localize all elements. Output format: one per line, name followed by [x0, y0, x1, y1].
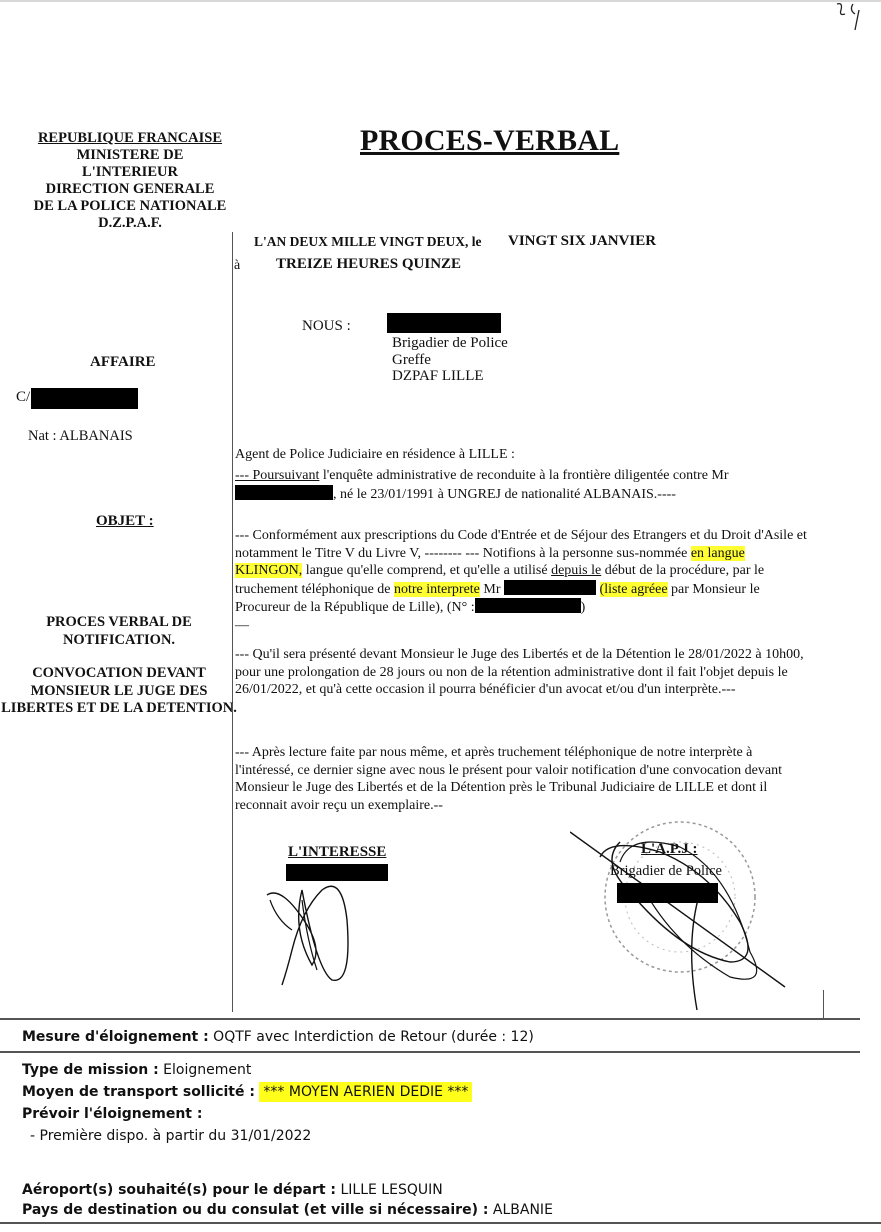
redacted-subject-name: [235, 485, 333, 500]
mesure-value: OQTF avec Interdiction de Retour (durée …: [209, 1029, 534, 1045]
prevoir-row: Prévoir l'éloignement :: [22, 1106, 202, 1122]
pursuit-text: l'enquête administrative de reconduite à…: [319, 468, 728, 483]
mesure-label: Mesure d'éloignement :: [22, 1029, 209, 1045]
nous-label: NOUS :: [302, 318, 351, 335]
footer-separator: [0, 1222, 881, 1224]
date-prefix: L'AN DEUX MILLE VINGT DEUX, le: [254, 234, 482, 250]
transport-label: Moyen de transport sollicité :: [22, 1084, 255, 1100]
stamp-border-line: [823, 990, 824, 1018]
highlight-interpreter: notre interprete: [394, 582, 480, 597]
interesse-label: L'INTERESSE: [288, 844, 386, 861]
issuing-authority: REPUBLIQUE FRANCAISE MINISTERE DE L'INTE…: [0, 130, 260, 232]
time-prefix: à: [234, 258, 240, 274]
type-value: Eloignement: [159, 1062, 252, 1078]
officer-details: Brigadier de Police Greffe DZPAF LILLE: [392, 335, 508, 385]
notification-end: —: [235, 617, 810, 635]
officer-rank: Brigadier de Police: [392, 335, 508, 352]
objet-label: OBJET :: [96, 513, 154, 530]
prevoir-label: Prévoir l'éloignement :: [22, 1106, 202, 1122]
authority-line: D.Z.P.A.F.: [0, 215, 260, 232]
highlight-approved-list: (liste agréee: [600, 582, 668, 597]
apj-role: Brigadier de Police: [610, 863, 722, 880]
pursuit-lead: --- Poursuivant: [235, 468, 319, 483]
officer-unit: DZPAF LILLE: [392, 368, 508, 385]
paragraph-acknowledgement: --- Après lecture faite par nous même, e…: [235, 744, 810, 814]
affaire-label: AFFAIRE: [90, 354, 156, 371]
notification-text: depuis le: [551, 563, 601, 578]
objet-subtitle: CONVOCATION DEVANT MONSIEUR LE JUGE DES …: [0, 665, 238, 718]
type-row: Type de mission : Eloignement: [22, 1062, 251, 1078]
redacted-apj-name: [617, 883, 718, 903]
pays-label: Pays de destination ou du consulat (et v…: [22, 1202, 488, 1218]
paragraph-pursuit: --- Poursuivant l'enquête administrative…: [235, 467, 810, 503]
redacted-interpreter-number: [475, 598, 581, 613]
notification-text: Mr: [480, 582, 501, 597]
authority-line: DE LA POLICE NATIONALE: [0, 198, 260, 215]
objet-title: PROCES VERBAL DE NOTIFICATION.: [0, 614, 238, 649]
aeroport-row: Aéroport(s) souhaité(s) pour le départ :…: [22, 1182, 443, 1198]
time-value: TREIZE HEURES QUINZE: [276, 256, 461, 273]
agent-line: Agent de Police Judiciaire en résidence …: [235, 446, 810, 464]
objet-description: PROCES VERBAL DE NOTIFICATION. CONVOCATI…: [0, 614, 238, 734]
apj-label: L'A.P.J :: [641, 841, 698, 858]
transport-value: *** MOYEN AERIEN DEDIE ***: [259, 1082, 472, 1102]
mesure-row: Mesure d'éloignement : OQTF avec Interdi…: [22, 1029, 534, 1045]
document-title: PROCES-VERBAL: [360, 124, 619, 158]
handwritten-page-number-icon: [825, 0, 875, 40]
type-label: Type de mission :: [22, 1062, 159, 1078]
authority-line: L'INTERIEUR: [0, 164, 260, 181]
page-top-edge: [0, 0, 881, 2]
pays-row: Pays de destination ou du consulat (et v…: [22, 1202, 553, 1218]
date-day-month: VINGT SIX JANVIER: [508, 233, 656, 250]
redacted-interpreter-name: [504, 580, 596, 595]
redacted-case-name: [31, 388, 138, 409]
notification-text: langue qu'elle comprend, et qu'elle a ut…: [302, 563, 551, 578]
nationality: Nat : ALBANAIS: [28, 428, 133, 445]
paragraph-hearing: --- Qu'il sera présenté devant Monsieur …: [235, 646, 810, 699]
footer-separator: [0, 1051, 860, 1053]
birth-details: , né le 23/01/1991 à UNGREJ de nationali…: [333, 487, 676, 502]
case-prefix: C/: [16, 389, 30, 406]
interesse-signature-icon: [262, 870, 372, 1000]
officer-service: Greffe: [392, 352, 508, 369]
redacted-officer-name: [387, 313, 501, 333]
pays-value: ALBANIE: [488, 1202, 552, 1218]
authority-line: DIRECTION GENERALE: [0, 181, 260, 198]
aeroport-label: Aéroport(s) souhaité(s) pour le départ :: [22, 1182, 336, 1198]
authority-line: REPUBLIQUE FRANCAISE: [0, 130, 260, 147]
authority-line: MINISTERE DE: [0, 147, 260, 164]
prevoir-value: - Première dispo. à partir du 31/01/2022: [30, 1128, 311, 1144]
notification-text: ): [581, 600, 586, 615]
paragraph-notification: --- Conformément aux prescriptions du Co…: [235, 527, 810, 634]
aeroport-value: LILLE LESQUIN: [336, 1182, 443, 1198]
transport-row: Moyen de transport sollicité : *** MOYEN…: [22, 1084, 472, 1100]
footer-separator: [0, 1018, 860, 1020]
